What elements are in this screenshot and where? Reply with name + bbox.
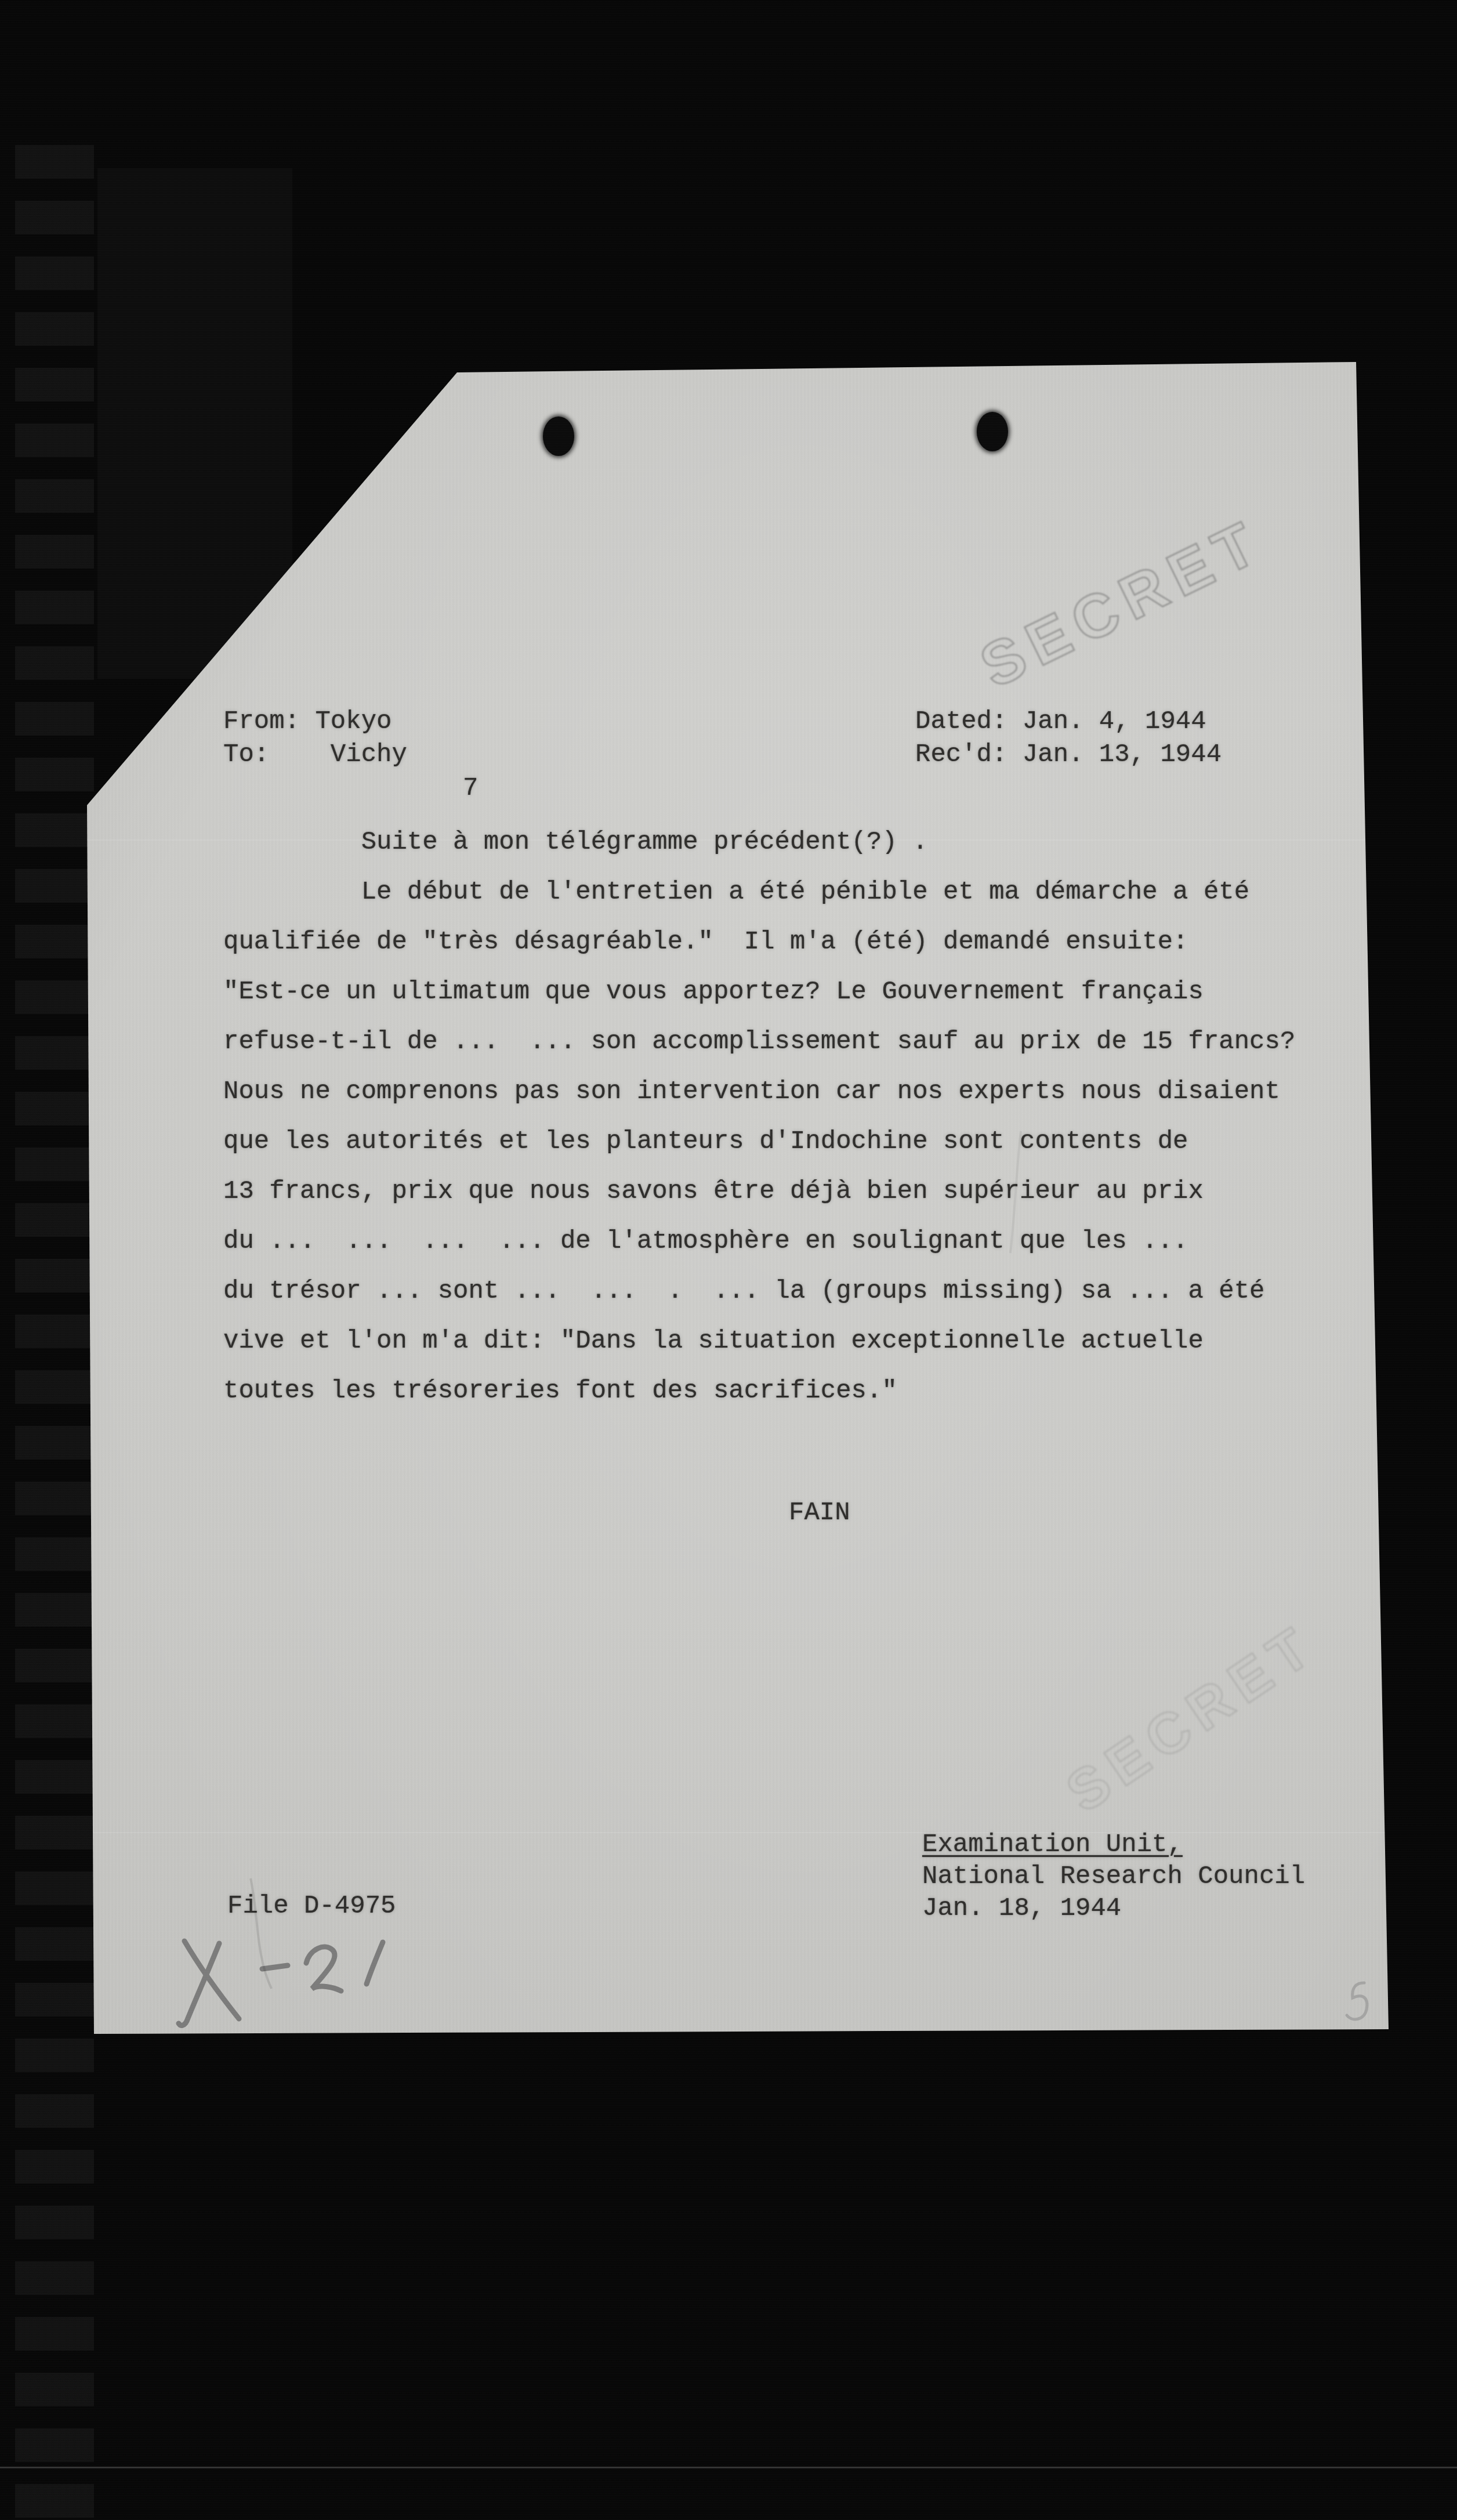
punch-hole-left xyxy=(543,417,574,456)
message-number: 7 xyxy=(463,776,478,801)
header-dated: Dated: Jan. 4, 1944 xyxy=(915,709,1206,734)
body-line: du ... ... ... ... de l'atmosphère en so… xyxy=(223,1229,1188,1254)
film-scratch-line xyxy=(0,2467,1457,2468)
body-line: "Est-ce un ultimatum que vous apportez? … xyxy=(223,979,1204,1005)
exam-unit-line2: National Research Council xyxy=(922,1864,1305,1889)
body-line: toutes les trésoreries font des sacrific… xyxy=(223,1378,897,1404)
exam-unit-line3: Jan. 18, 1944 xyxy=(922,1896,1121,1921)
exam-unit-line1: Examination Unit, xyxy=(922,1832,1183,1858)
punch-hole-right xyxy=(977,412,1008,451)
body-line: Nous ne comprenons pas son intervention … xyxy=(223,1079,1280,1105)
body-line: qualifiée de "très désagréable." Il m'a … xyxy=(223,929,1188,955)
scanned-telegram-photostat: SECRET SECRET From: Tokyo To: Vichy Date… xyxy=(0,0,1457,2520)
film-edge-strip xyxy=(15,145,94,2520)
scan-streak xyxy=(0,1832,1457,1833)
body-line: vive et l'on m'a dit: "Dans la situation… xyxy=(223,1328,1204,1354)
body-line: que les autorités et les planteurs d'Ind… xyxy=(223,1129,1188,1154)
body-line: 13 francs, prix que nous savons être déj… xyxy=(223,1179,1204,1204)
header-from: From: Tokyo xyxy=(223,709,392,734)
header-to: To: Vichy xyxy=(223,742,407,767)
body-line: refuse-t-il de ... ... son accomplisseme… xyxy=(223,1029,1295,1055)
body-line: Suite à mon télégramme précédent(?) . xyxy=(223,830,928,855)
signature: FAIN xyxy=(789,1500,850,1526)
file-number: File D-4975 xyxy=(227,1893,396,1919)
body-line: du trésor ... sont ... ... . ... la (gro… xyxy=(223,1279,1265,1304)
header-received: Rec'd: Jan. 13, 1944 xyxy=(915,742,1222,767)
body-line: Le début de l'entretien a été pénible et… xyxy=(223,879,1249,905)
